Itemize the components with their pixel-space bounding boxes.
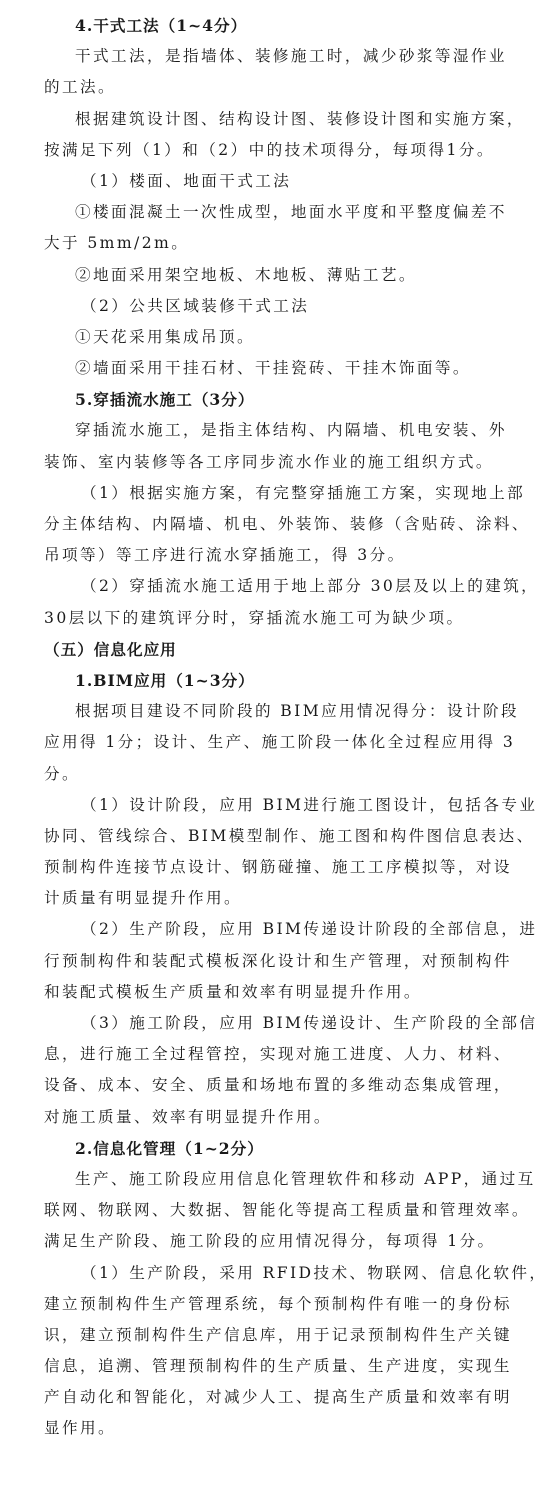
paragraph-continuation-line: 30层以下的建筑评分时，穿插流水施工可为缺少项。 [44,603,480,634]
paragraph-continuation-line: 预制构件连接节点设计、钢筋碰撞、施工工序模拟等，对设 [44,852,480,883]
paragraph-first-line: 根据项目建设不同阶段的 BIM应用情况得分：设计阶段 [44,696,480,727]
paragraph-continuation-line: 协同、管线综合、BIM模型制作、施工图和构件图信息表达、 [44,821,480,852]
paragraph-continuation-line: 信息，追溯、管理预制构件的生产质量、生产进度，实现生 [44,1351,480,1382]
subsection-heading: 4.干式工法（1~4分） [44,10,480,41]
list-item-heading: （2）公共区域装修干式工法 [44,291,480,322]
paragraph-continuation-line: 应用得 1分；设计、生产、施工阶段一体化全过程应用得 3 [44,727,480,758]
subsection-heading: 2.信息化管理（1~2分） [44,1133,480,1164]
subsection-heading: 5.穿插流水施工（3分） [44,384,480,415]
paragraph-first-line: ②墙面采用干挂石材、干挂瓷砖、干挂木饰面等。 [44,353,480,384]
paragraph-continuation-line: 对施工质量、效率有明显提升作用。 [44,1102,480,1133]
paragraph-continuation-line: 大于 5mm/2m。 [44,228,480,259]
paragraph-continuation-line: 联网、物联网、大数据、智能化等提高工程质量和管理效率。 [44,1195,480,1226]
paragraph-continuation-line: 分。 [44,759,480,790]
paragraph-continuation-line: 和装配式模板生产质量和效率有明显提升作用。 [44,977,480,1008]
paragraph-continuation-line: 吊项等）等工序进行流水穿插施工，得 3分。 [44,540,480,571]
paragraph-continuation-line: 计质量有明显提升作用。 [44,883,480,914]
paragraph-continuation-line: 装饰、室内装修等各工序同步流水作业的施工组织方式。 [44,447,480,478]
paragraph-first-line: 根据建筑设计图、结构设计图、装修设计图和实施方案， [44,104,480,135]
list-item-first-line: （2）生产阶段，应用 BIM传递设计阶段的全部信息，进 [44,914,480,945]
paragraph-continuation-line: 建立预制构件生产管理系统，每个预制构件有唯一的身份标 [44,1289,480,1320]
paragraph-continuation-line: 按满足下列（1）和（2）中的技术项得分，每项得1分。 [44,135,480,166]
paragraph-first-line: 生产、施工阶段应用信息化管理软件和移动 APP，通过互 [44,1164,480,1195]
paragraph-continuation-line: 行预制构件和装配式模板深化设计和生产管理，对预制构件 [44,946,480,977]
paragraph-first-line: ②地面采用架空地板、木地板、薄贴工艺。 [44,260,480,291]
paragraph-first-line: ①天花采用集成吊顶。 [44,322,480,353]
paragraph-continuation-line: 产自动化和智能化，对减少人工、提高生产质量和效率有明 [44,1382,480,1413]
paragraph-first-line: 穿插流水施工，是指主体结构、内隔墙、机电安装、外 [44,415,480,446]
document-page: 4.干式工法（1~4分）干式工法，是指墙体、装修施工时，减少砂浆等湿作业的工法。… [44,10,480,1445]
list-item-heading: （1）楼面、地面干式工法 [44,166,480,197]
list-item-first-line: （2）穿插流水施工适用于地上部分 30层及以上的建筑， [44,571,480,602]
subsection-heading: 1.BIM应用（1~3分） [44,665,480,696]
paragraph-first-line: 干式工法，是指墙体、装修施工时，减少砂浆等湿作业 [44,41,480,72]
list-item-first-line: （1）生产阶段，采用 RFID技术、物联网、信息化软件， [44,1258,480,1289]
list-item-first-line: （3）施工阶段，应用 BIM传递设计、生产阶段的全部信 [44,1008,480,1039]
paragraph-continuation-line: 息，进行施工全过程管控，实现对施工进度、人力、材料、 [44,1039,480,1070]
paragraph-continuation-line: 分主体结构、内隔墙、机电、外装饰、装修（含贴砖、涂料、 [44,509,480,540]
paragraph-first-line: ①楼面混凝土一次性成型，地面水平度和平整度偏差不 [44,197,480,228]
list-item-first-line: （1）设计阶段，应用 BIM进行施工图设计，包括各专业 [44,790,480,821]
paragraph-continuation-line: 的工法。 [44,72,480,103]
list-item-first-line: （1）根据实施方案，有完整穿插施工方案，实现地上部 [44,478,480,509]
paragraph-continuation-line: 满足生产阶段、施工阶段的应用情况得分，每项得 1分。 [44,1226,480,1257]
paragraph-continuation-line: 设备、成本、安全、质量和场地布置的多维动态集成管理， [44,1070,480,1101]
section-heading: （五）信息化应用 [44,634,480,665]
paragraph-continuation-line: 识，建立预制构件生产信息库，用于记录预制构件生产关键 [44,1320,480,1351]
paragraph-continuation-line: 显作用。 [44,1413,480,1444]
